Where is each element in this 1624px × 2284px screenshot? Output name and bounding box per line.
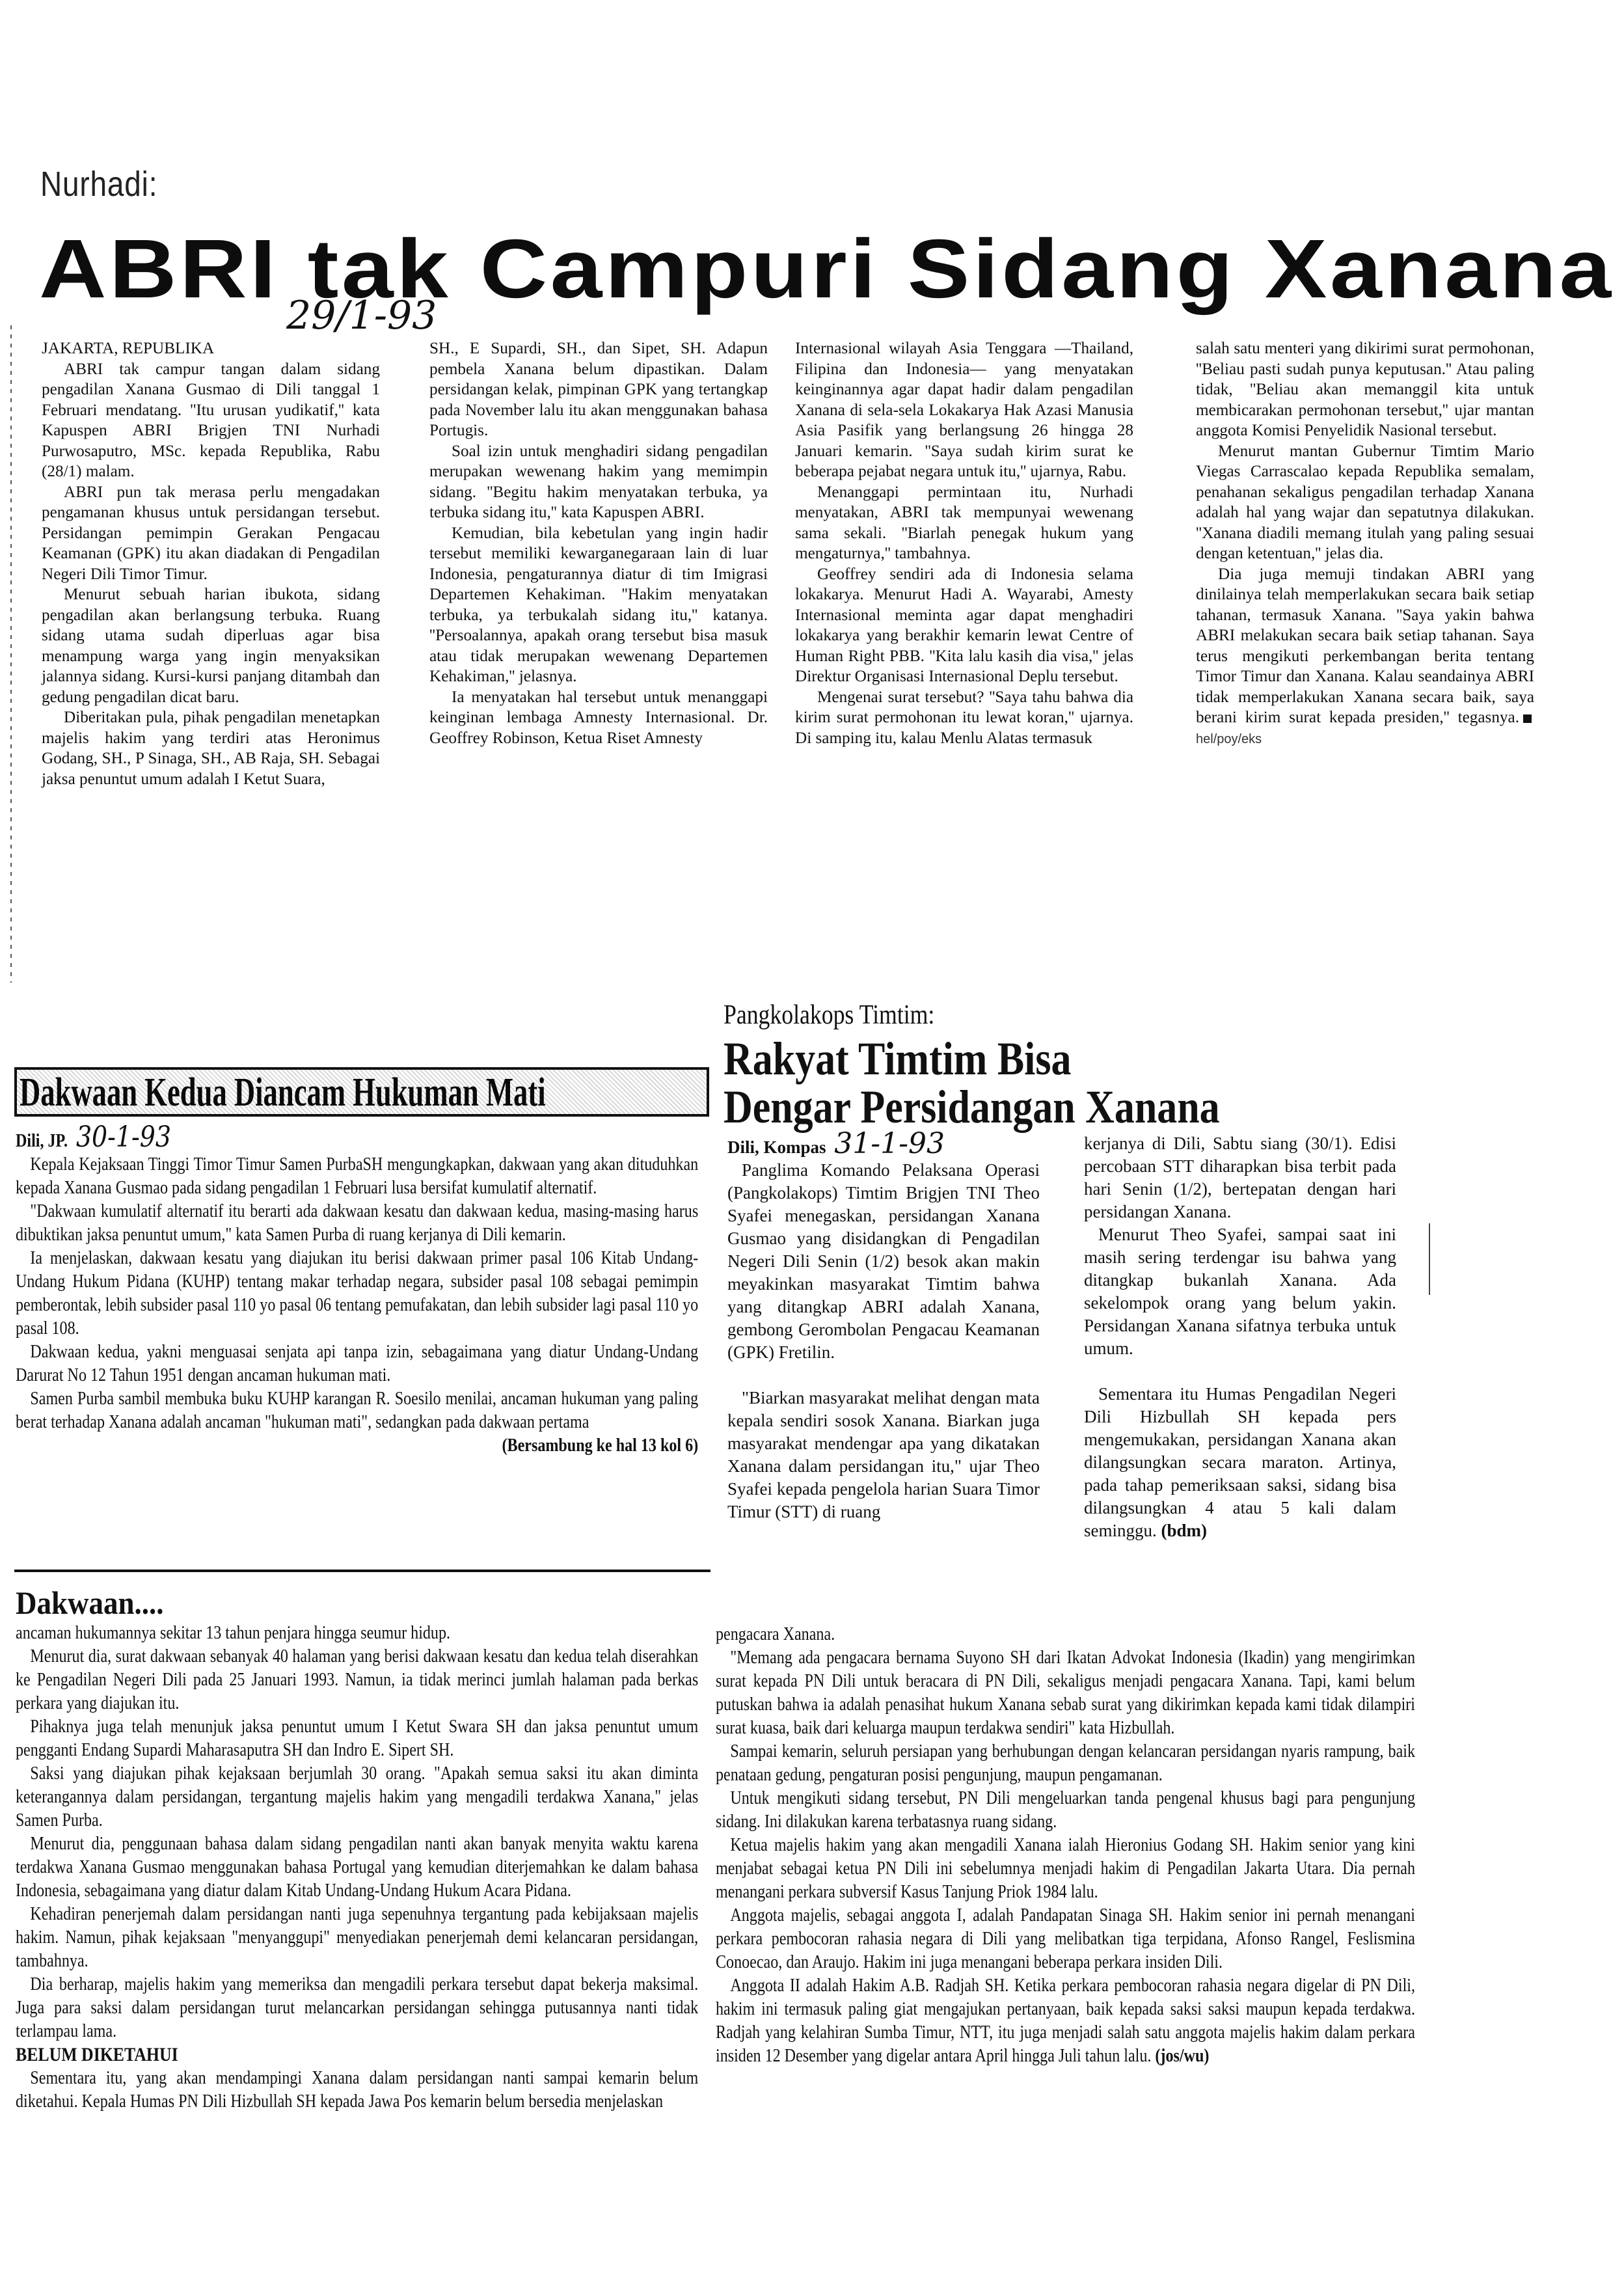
paragraph: Menurut Theo Syafei, sampai saat ini mas… (1084, 1223, 1396, 1360)
paragraph: Menurut dia, surat dakwaan sebanyak 40 h… (16, 1645, 698, 1715)
paragraph: Ketua majelis hakim yang akan mengadili … (716, 1834, 1415, 1904)
paragraph-text: Sementara itu Humas Pengadilan Negeri Di… (1084, 1384, 1396, 1540)
paragraph: Menurut mantan Gubernur Timtim Mario Vie… (1196, 441, 1534, 564)
article2-body: Dili, JP. 30-1-93 Kepala Kejaksaan Tingg… (16, 1126, 699, 1458)
paragraph: pengacara Xanana. (716, 1623, 1415, 1646)
paragraph: ancaman hukumannya sekitar 13 tahun penj… (16, 1622, 698, 1645)
paragraph-text: Anggota II adalah Hakim A.B. Radjah SH. … (716, 1976, 1415, 2066)
article1-signoff: hel/poy/eks (1196, 732, 1262, 746)
paragraph: Anggota majelis, sebagai anggota I, adal… (716, 1904, 1415, 1974)
article3-text: ancaman hukumannya sekitar 13 tahun penj… (16, 1622, 698, 2114)
article1-dateline: JAKARTA, REPUBLIKA (42, 338, 380, 359)
article5-signoff: (jos/wu) (1155, 2046, 1209, 2066)
article4-column-2: kerjanya di Dili, Sabtu siang (30/1). Ed… (1084, 1132, 1396, 1542)
paragraph: Anggota II adalah Hakim A.B. Radjah SH. … (716, 1974, 1415, 2068)
article1-column-3: Internasional wilayah Asia Tenggara —Tha… (795, 338, 1133, 748)
article5-body: pengacara Xanana. "Memang ada pengacara … (716, 1623, 1418, 2068)
paragraph: Dakwaan kedua, yakni menguasai senjata a… (16, 1340, 698, 1387)
article2-dateline-row: Dili, JP. 30-1-93 (16, 1126, 698, 1153)
paragraph-text: Dia juga memuji tindakan ABRI yang dinil… (1196, 565, 1534, 727)
article1-column-2: SH., E Supardi, SH., dan Sipet, SH. Adap… (429, 338, 768, 748)
article4-column-1: Dili, Kompas 31-1-93 Panglima Komando Pe… (727, 1132, 1040, 1523)
article2-text: Dili, JP. 30-1-93 Kepala Kejaksaan Tingg… (16, 1126, 698, 1458)
article1-kicker: Nurhadi: (40, 164, 157, 204)
paragraph: "Memang ada pengacara bernama Suyono SH … (716, 1646, 1415, 1740)
paragraph: Menurut sebuah harian ibukota, sidang pe… (42, 584, 380, 707)
paragraph: "Biarkan masyarakat melihat dengan mata … (727, 1387, 1040, 1523)
paragraph: Sementara itu, yang akan mendampingi Xan… (16, 2067, 698, 2114)
article1-column-1: JAKARTA, REPUBLIKA ABRI tak campur tanga… (42, 338, 380, 789)
column-rule (1429, 1223, 1430, 1295)
paragraph: Soal izin untuk menghadiri sidang pengad… (429, 441, 768, 523)
paragraph: Ia menyatakan hal tersebut untuk menangg… (429, 687, 768, 749)
paragraph: ABRI pun tak merasa perlu mengadakan pen… (42, 482, 380, 585)
article4-handwritten-date: 31-1-93 (834, 1127, 945, 1160)
paragraph: Untuk mengikuti sidang tersebut, PN Dili… (716, 1787, 1415, 1834)
paragraph: Geoffrey sendiri ada di Indonesia selama… (795, 564, 1133, 687)
article3-body: ancaman hukumannya sekitar 13 tahun penj… (16, 1622, 699, 2114)
paragraph: salah satu menteri yang dikirimi surat p… (1196, 338, 1534, 441)
article2-continued-note: (Bersambung ke hal 13 kol 6) (16, 1434, 698, 1458)
article1-column-4: salah satu menteri yang dikirimi surat p… (1196, 338, 1534, 750)
article1-handwritten-date: 29/1-93 (286, 293, 437, 338)
paragraph: Ia menjelaskan, dakwaan kesatu yang diaj… (16, 1247, 698, 1340)
article4-headline-line1: Rakyat Timtim Bisa (724, 1035, 1220, 1083)
article4-kicker: Pangkolakops Timtim: (724, 999, 934, 1031)
paragraph: Sampai kemarin, seluruh persiapan yang b… (716, 1740, 1415, 1787)
paragraph: Menanggapi permintaan itu, Nurhadi menya… (795, 482, 1133, 564)
paragraph: "Dakwaan kumulatif alternatif itu berart… (16, 1200, 698, 1247)
paragraph: Mengenai surat tersebut? ''Saya tahu bah… (795, 687, 1133, 749)
paragraph: Pihaknya juga telah menunjuk jaksa penun… (16, 1715, 698, 1762)
spacer (727, 1364, 1040, 1387)
article1-headline: ABRI tak Campuri Sidang Xanana (39, 221, 1614, 317)
paragraph: Kemudian, bila kebetulan yang ingin hadi… (429, 523, 768, 687)
paragraph: Sementara itu Humas Pengadilan Negeri Di… (1084, 1383, 1396, 1542)
article2-handwritten-date: 30-1-93 (76, 1121, 171, 1154)
paragraph: Kepala Kejaksaan Tinggi Timor Timur Same… (16, 1153, 698, 1200)
paragraph: Saksi yang diajukan pihak kejaksaan berj… (16, 1762, 698, 1832)
spacer (1084, 1360, 1396, 1383)
article4-headline-line2: Dengar Persidangan Xanana (724, 1083, 1220, 1131)
paragraph: Internasional wilayah Asia Tenggara —Tha… (795, 338, 1133, 482)
scan-edge-mark (10, 325, 12, 983)
end-mark-icon (1523, 714, 1532, 723)
paragraph: Samen Purba sambil membuka buku KUHP kar… (16, 1387, 698, 1434)
article2-headline: Dakwaan Kedua Diancam Hukuman Mati (20, 1070, 546, 1116)
paragraph: Dia berharap, majelis hakim yang memerik… (16, 1973, 698, 2043)
paragraph: Kehadiran penerjemah dalam persidangan n… (16, 1903, 698, 1973)
article2-dateline: Dili, JP. (16, 1131, 68, 1151)
paragraph: ABRI tak campur tangan dalam sidang peng… (42, 359, 380, 482)
article3-headline: Dakwaan.... (16, 1584, 164, 1622)
paragraph: Diberitakan pula, pihak pengadilan menet… (42, 707, 380, 789)
paragraph: Panglima Komando Pelaksana Operasi (Pang… (727, 1159, 1040, 1364)
article3-subheading: BELUM DIKETAHUI (16, 2043, 698, 2067)
article5-text: pengacara Xanana. "Memang ada pengacara … (716, 1623, 1415, 2068)
article4-headline: Rakyat Timtim Bisa Dengar Persidangan Xa… (724, 1035, 1220, 1131)
article4-dateline: Dili, Kompas (727, 1137, 826, 1157)
paragraph: Menurut dia, penggunaan bahasa dalam sid… (16, 1832, 698, 1903)
paragraph: SH., E Supardi, SH., dan Sipet, SH. Adap… (429, 338, 768, 441)
divider-rule (14, 1570, 710, 1572)
paragraph: Dia juga memuji tindakan ABRI yang dinil… (1196, 564, 1534, 750)
paragraph: kerjanya di Dili, Sabtu siang (30/1). Ed… (1084, 1132, 1396, 1223)
article4-dateline-row: Dili, Kompas 31-1-93 (727, 1132, 1040, 1159)
article4-signoff: (bdm) (1161, 1521, 1208, 1540)
